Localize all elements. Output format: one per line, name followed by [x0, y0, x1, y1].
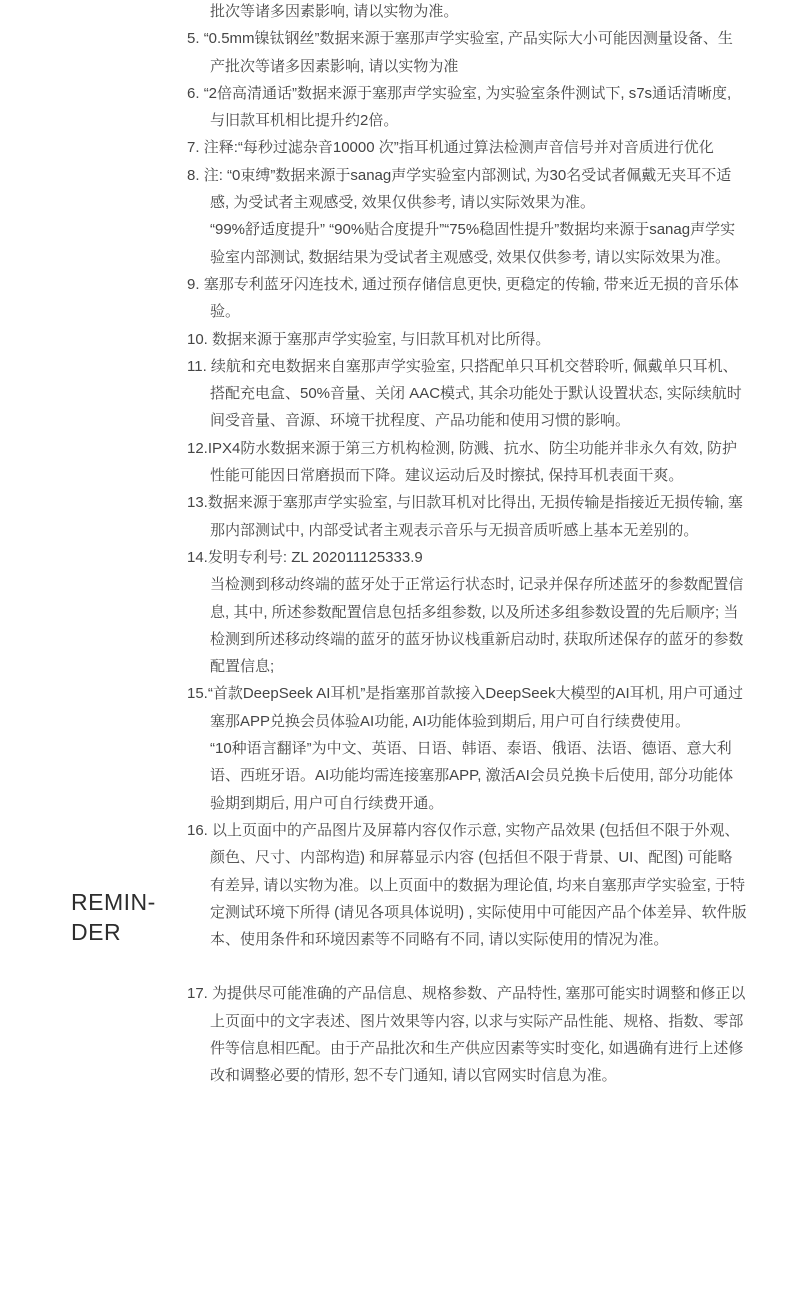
reminder-label-line2: DER [71, 917, 156, 947]
note-item: 17. 为提供尽可能准确的产品信息、规格参数、产品特性, 塞那可能实时调整和修正… [187, 980, 747, 1089]
note-number: 8. [187, 167, 204, 184]
note-paragraph: 5. “0.5mm镍钛钢丝”数据来源于塞那声学实验室, 产品实际大小可能因测量设… [187, 25, 747, 80]
note-number: 14. [187, 549, 208, 566]
note-item: 7. 注释:“每秒过滤杂音10000 次”指耳机通过算法检测声音信号并对音质进行… [187, 134, 747, 161]
note-paragraph: 8. 注: “0束缚”数据来源于sanag声学实验室内部测试, 为30名受试者佩… [187, 162, 747, 217]
note-number: 15. [187, 685, 208, 702]
note-paragraph: 15.“首款DeepSeek AI耳机”是指塞那首款接入DeepSeek大模型的… [187, 680, 747, 735]
note-paragraph: 16. 以上页面中的产品图片及屏幕内容仅作示意, 实物产品效果 (包括但不限于外… [187, 817, 747, 953]
note-item: 批次等诸多因素影响, 请以实物为准。 [187, 0, 747, 25]
note-paragraph: 14.发明专利号: ZL 202011125333.9 [187, 544, 747, 571]
note-paragraph: “99%舒适度提升” “90%贴合度提升”“75%稳固性提升”数据均来源于san… [187, 216, 747, 271]
reminder-label-line1: REMIN- [71, 887, 156, 917]
disclaimer-page: REMIN- DER 批次等诸多因素影响, 请以实物为准。5. “0.5mm镍钛… [0, 0, 790, 1313]
note-paragraph: 6. “2倍高清通话”数据来源于塞那声学实验室, 为实验室条件测试下, s7s通… [187, 80, 747, 135]
note-number: 16. [187, 822, 212, 839]
note-number: 7. [187, 139, 204, 156]
note-paragraph: 7. 注释:“每秒过滤杂音10000 次”指耳机通过算法检测声音信号并对音质进行… [187, 134, 747, 161]
note-item: 6. “2倍高清通话”数据来源于塞那声学实验室, 为实验室条件测试下, s7s通… [187, 80, 747, 135]
reminder-section-label: REMIN- DER [71, 887, 156, 947]
note-number: 12. [187, 440, 208, 457]
note-paragraph: 12.IPX4防水数据来源于第三方机构检测, 防溅、抗水、防尘功能并非永久有效,… [187, 435, 747, 490]
note-item: 5. “0.5mm镍钛钢丝”数据来源于塞那声学实验室, 产品实际大小可能因测量设… [187, 25, 747, 80]
note-paragraph: “10种语言翻译”为中文、英语、日语、韩语、泰语、俄语、法语、德语、意大利语、西… [187, 735, 747, 817]
note-item: 8. 注: “0束缚”数据来源于sanag声学实验室内部测试, 为30名受试者佩… [187, 162, 747, 271]
note-item: 13.数据来源于塞那声学实验室, 与旧款耳机对比得出, 无损传输是指接近无损传输… [187, 489, 747, 544]
note-item: 14.发明专利号: ZL 202011125333.9当检测到移动终端的蓝牙处于… [187, 544, 747, 680]
note-paragraph: 当检测到移动终端的蓝牙处于正常运行状态时, 记录并保存所述蓝牙的参数配置信息, … [187, 571, 747, 680]
note-paragraph: 17. 为提供尽可能准确的产品信息、规格参数、产品特性, 塞那可能实时调整和修正… [187, 980, 747, 1089]
note-item: 12.IPX4防水数据来源于第三方机构检测, 防溅、抗水、防尘功能并非永久有效,… [187, 435, 747, 490]
note-item: 10. 数据来源于塞那声学实验室, 与旧款耳机对比所得。 [187, 326, 747, 353]
note-item: 16. 以上页面中的产品图片及屏幕内容仅作示意, 实物产品效果 (包括但不限于外… [187, 817, 747, 953]
note-number: 9. [187, 276, 204, 293]
note-paragraph: 13.数据来源于塞那声学实验室, 与旧款耳机对比得出, 无损传输是指接近无损传输… [187, 489, 747, 544]
note-paragraph: 9. 塞那专利蓝牙闪连技术, 通过预存储信息更快, 更稳定的传输, 带来近无损的… [187, 271, 747, 326]
note-number: 6. [187, 85, 204, 102]
note-number: 11. [187, 358, 211, 375]
note-number: 17. [187, 985, 212, 1002]
note-paragraph: 11. 续航和充电数据来自塞那声学实验室, 只搭配单只耳机交替聆听, 佩戴单只耳… [187, 353, 747, 435]
note-number: 5. [187, 30, 204, 47]
note-paragraph: 10. 数据来源于塞那声学实验室, 与旧款耳机对比所得。 [187, 326, 747, 353]
note-item: 9. 塞那专利蓝牙闪连技术, 通过预存储信息更快, 更稳定的传输, 带来近无损的… [187, 271, 747, 326]
note-number: 13. [187, 494, 208, 511]
note-number: 10. [187, 331, 212, 348]
note-item: 11. 续航和充电数据来自塞那声学实验室, 只搭配单只耳机交替聆听, 佩戴单只耳… [187, 353, 747, 435]
note-paragraph: 批次等诸多因素影响, 请以实物为准。 [187, 0, 747, 25]
note-item: 15.“首款DeepSeek AI耳机”是指塞那首款接入DeepSeek大模型的… [187, 680, 747, 816]
notes-list: 批次等诸多因素影响, 请以实物为准。5. “0.5mm镍钛钢丝”数据来源于塞那声… [187, 0, 747, 1090]
